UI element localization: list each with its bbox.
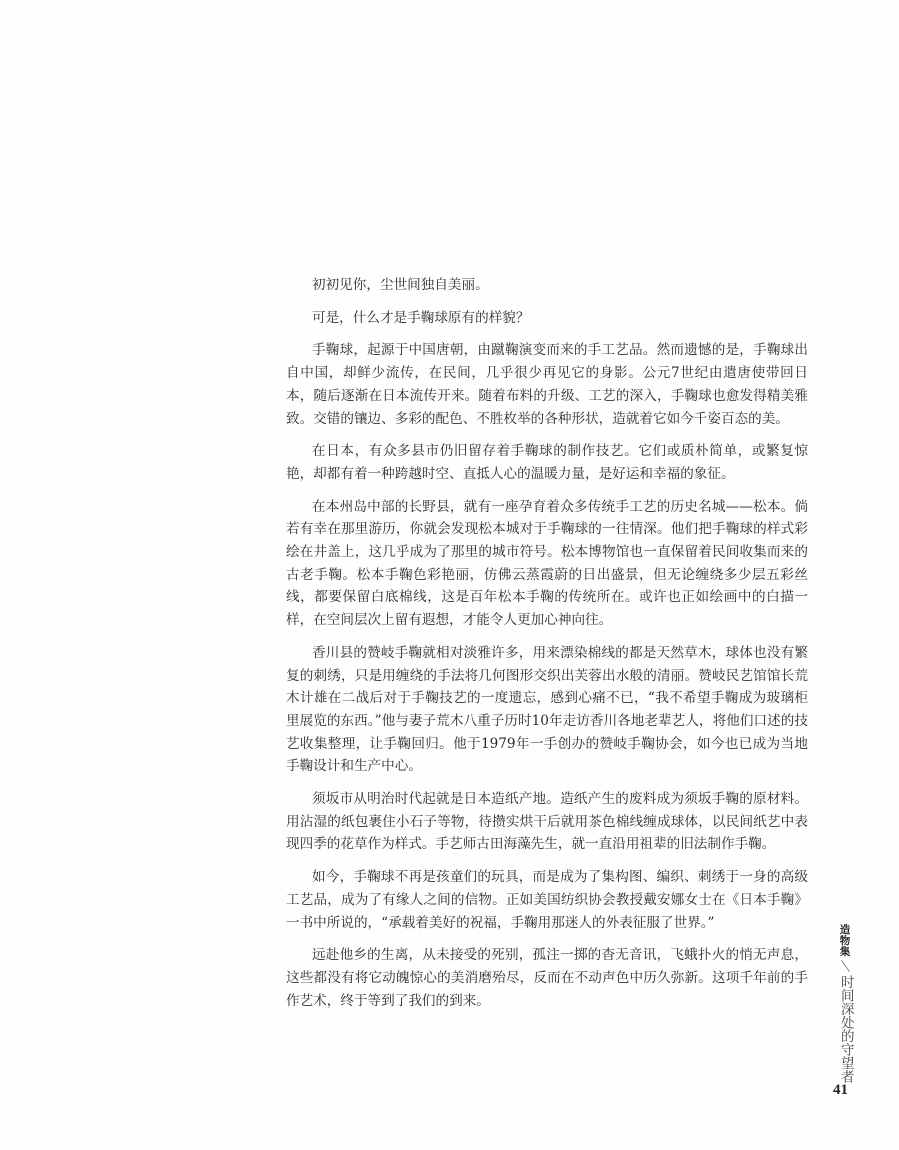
paragraph: 香川县的赞岐手鞠就相对淡雅许多，用来漂染棉线的都是天然草木，球体也没有繁复的刺绣… <box>286 642 808 778</box>
page-number: 41 <box>833 1082 848 1099</box>
book-page: 初初见你，尘世间独自美丽。 可是，什么才是手鞠球原有的样貌？ 手鞠球，起源于中国… <box>0 0 899 1150</box>
chapter-title: 时间深处的守望者 <box>838 975 852 1083</box>
paragraph: 手鞠球，起源于中国唐朝，由蹴鞠演变而来的手工艺品。然而遗憾的是，手鞠球出自中国，… <box>286 339 808 430</box>
paragraph: 在本州岛中部的长野县，就有一座孕育着众多传统手工艺的历史名城——松本。倘若有幸在… <box>286 496 808 632</box>
running-header: 造物集 时间深处的守望者 <box>834 924 856 1083</box>
paragraph: 可是，什么才是手鞠球原有的样貌？ <box>286 307 808 330</box>
paragraph: 如今，手鞠球不再是孩童们的玩具，而是成为了集构图、编织、刺绣于一身的高级工艺品，… <box>286 866 808 934</box>
paragraph: 须坂市从明治时代起就是日本造纸产地。造纸产生的废料成为须坂手鞠的原材料。用沾湿的… <box>286 788 808 856</box>
paragraph: 在日本，有众多县市仍旧留存着手鞠球的制作技艺。它们或质朴简单，或繁复惊艳，却都有… <box>286 440 808 485</box>
paragraph: 远赴他乡的生离，从未接受的死别，孤注一掷的杳无音讯，飞蛾扑火的悄无声息，这些都没… <box>286 944 808 1012</box>
paragraph: 初初见你，尘世间独自美丽。 <box>286 274 808 297</box>
article-body: 初初见你，尘世间独自美丽。 可是，什么才是手鞠球原有的样貌？ 手鞠球，起源于中国… <box>286 274 808 1022</box>
series-name: 造物集 <box>838 924 853 957</box>
divider-slash <box>841 960 850 972</box>
